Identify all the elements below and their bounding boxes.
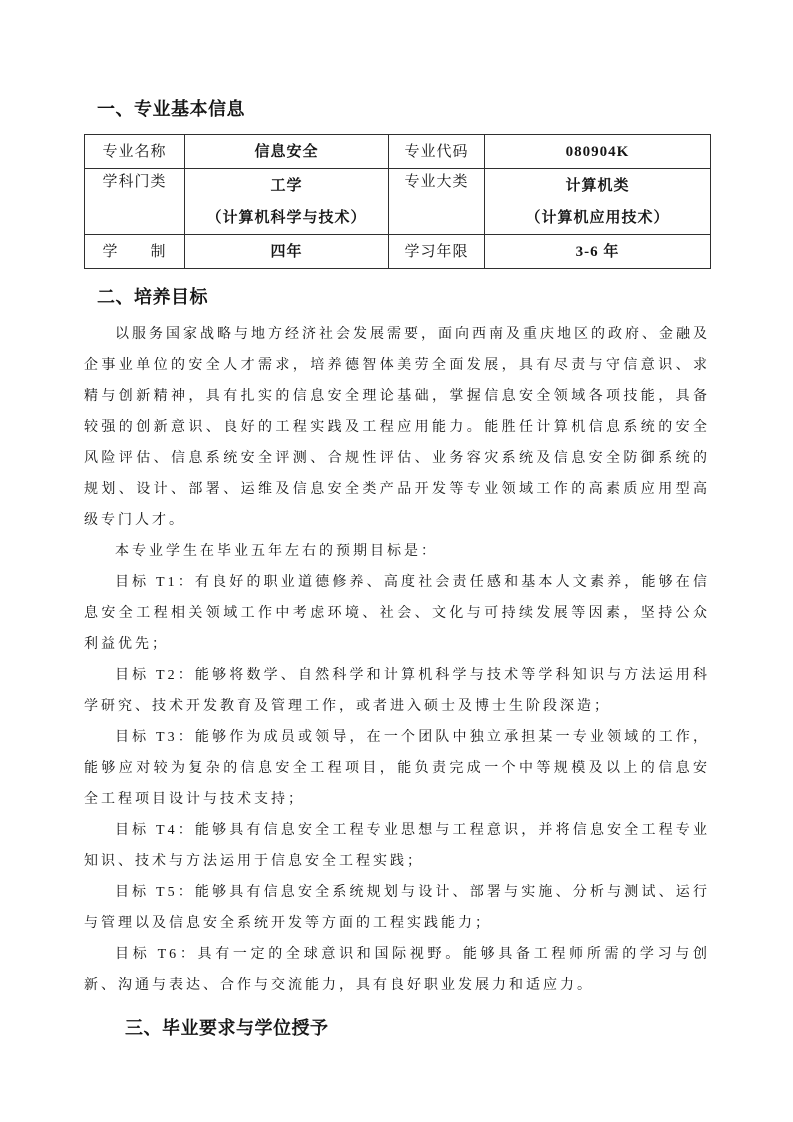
discipline-category-value-line2: （计算机科学与技术）: [187, 202, 386, 234]
major-class-value: 计算机类 （计算机应用技术）: [485, 169, 711, 235]
training-goals-intro-paragraph: 以服务国家战略与地方经济社会发展需要，面向西南及重庆地区的政府、金融及企事业单位…: [84, 319, 710, 536]
study-years-label: 学习年限: [389, 235, 485, 269]
goal-paragraph-t3: 目标 T3：能够作为成员或领导，在一个团队中独立承担某一专业领域的工作，能够应对…: [84, 722, 710, 815]
study-years-value: 3-6 年: [485, 235, 711, 269]
section-heading-graduation: 三、毕业要求与学位授予: [84, 1015, 710, 1041]
document-page: 一、专业基本信息 专业名称 信息安全 专业代码 080904K 学科门类: [0, 0, 793, 1122]
goal-paragraph-t4: 目标 T4：能够具有信息安全工程专业思想与工程意识，并将信息安全工程专业知识、技…: [84, 815, 710, 877]
section-heading-training-goals: 二、培养目标: [84, 284, 710, 310]
section-heading-basic-info: 一、专业基本信息: [84, 96, 710, 122]
goal-paragraph-t6: 目标 T6：具有一定的全球意识和国际视野。能够具备工程师所需的学习与创新、沟通与…: [84, 939, 710, 1001]
schooling-length-label: 学 制: [85, 235, 185, 269]
discipline-category-value-line1: 工学: [187, 170, 386, 202]
basic-info-table: 专业名称 信息安全 专业代码 080904K 学科门类 工学 （计算机科学与技术…: [84, 134, 711, 269]
table-row-major: 专业名称 信息安全 专业代码 080904K: [85, 135, 711, 169]
schooling-length-value: 四年: [185, 235, 389, 269]
major-name-label: 专业名称: [85, 135, 185, 169]
goal-paragraph-t1: 目标 T1：有良好的职业道德修养、高度社会责任感和基本人文素养，能够在信息安全工…: [84, 567, 710, 660]
major-code-label: 专业代码: [389, 135, 485, 169]
major-class-value-line1: 计算机类: [487, 170, 708, 202]
major-name-value: 信息安全: [185, 135, 389, 169]
table-row-duration: 学 制 四年 学习年限 3-6 年: [85, 235, 711, 269]
goal-paragraph-t2: 目标 T2：能够将数学、自然科学和计算机科学与技术等学科知识与方法运用科学研究、…: [84, 660, 710, 722]
discipline-category-label: 学科门类: [85, 169, 185, 235]
training-goals-lead-in: 本专业学生在毕业五年左右的预期目标是：: [84, 536, 710, 567]
goal-paragraph-t5: 目标 T5：能够具有信息安全系统规划与设计、部署与实施、分析与测试、运行与管理以…: [84, 877, 710, 939]
discipline-category-value: 工学 （计算机科学与技术）: [185, 169, 389, 235]
major-class-value-line2: （计算机应用技术）: [487, 202, 708, 234]
table-row-discipline: 学科门类 工学 （计算机科学与技术） 专业大类 计算机类 （计算机应用技术）: [85, 169, 711, 235]
major-code-value: 080904K: [485, 135, 711, 169]
major-class-label: 专业大类: [389, 169, 485, 235]
document-content: 一、专业基本信息 专业名称 信息安全 专业代码 080904K 学科门类: [0, 0, 793, 1041]
